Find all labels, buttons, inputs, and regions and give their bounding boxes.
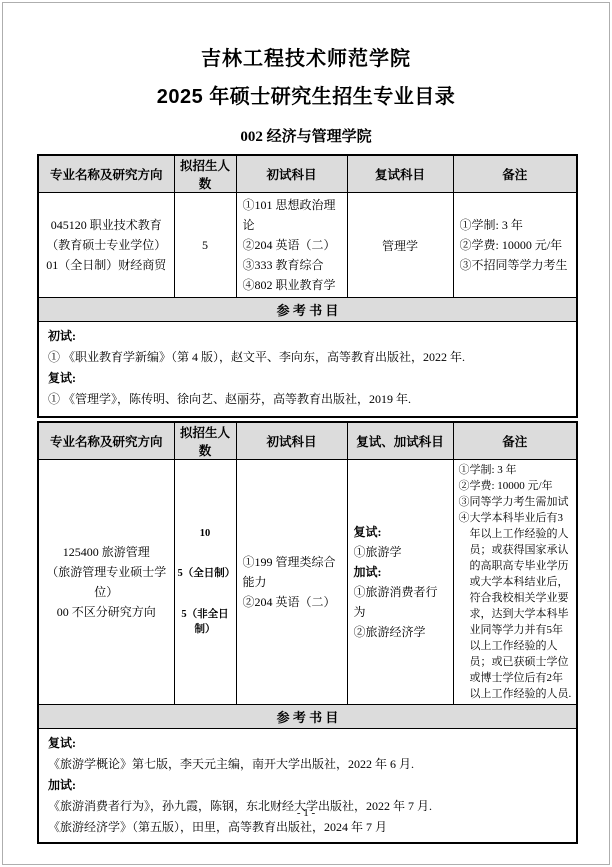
reference-label: 复试: — [48, 733, 567, 754]
retest-subject-line: ①旅游学 — [354, 542, 447, 562]
exam-subject-line: ③333 教育综合 — [243, 255, 341, 275]
additional-subject-line: ①旅游消费者行为 — [354, 582, 447, 622]
enrollment-cell: 5 — [174, 193, 236, 298]
exam-subject-line: ②204 英语（二） — [243, 592, 341, 612]
page-subtitle: 2025 年硕士研究生招生专业目录 — [0, 84, 612, 110]
col-header-enrollment: 拟招生人数 — [174, 155, 236, 193]
additional-subject-line: ②旅游经济学 — [354, 622, 447, 642]
exam-subject-line: ④802 职业教育学 — [243, 275, 341, 295]
exam-subject-line: ①101 思想政治理论 — [243, 195, 341, 235]
notes-cell: ①学制: 3 年 ②学费: 10000 元/年 ③不招同等学力考生 — [453, 193, 577, 298]
table2-reference-header: 参 考 书 目 — [38, 705, 577, 729]
notes-cell: ①学制: 3 年 ②学费: 10000 元/年 ③同等学力考生需加试 ④大学本科… — [453, 460, 577, 705]
table2-header-row: 专业名称及研究方向 拟招生人数 初试科目 复试、加试科目 备注 — [38, 422, 577, 460]
page-number: - 1 - — [0, 807, 612, 819]
col-header-initial-exams: 初试科目 — [236, 422, 347, 460]
reference-item: 《旅游学概论》第七版，李天元主编，南开大学出版社，2022 年 6 月. — [48, 754, 567, 775]
col-header-notes: 备注 — [453, 422, 577, 460]
reference-label: 加试: — [48, 775, 567, 796]
col-header-enrollment: 拟招生人数 — [174, 422, 236, 460]
exam-subject-line: ②204 英语（二） — [243, 235, 341, 255]
table1-reference-header: 参 考 书 目 — [38, 298, 577, 322]
page-title: 吉林工程技术师范学院 — [0, 46, 612, 72]
note-line: ③同等学力考生需加试 — [459, 494, 573, 510]
major-line: 125400 旅游管理 — [42, 542, 171, 562]
major-name-cell: 125400 旅游管理 （旅游管理专业硕士学位） 00 不区分研究方向 — [38, 460, 174, 705]
note-line: ①学制: 3 年 — [460, 215, 571, 235]
program-table-1: 专业名称及研究方向 拟招生人数 初试科目 复试科目 备注 045120 职业技术… — [37, 154, 578, 418]
reference-item: 《旅游经济学》（第五版），田里，高等教育出版社，2024 年 7 月 — [48, 817, 567, 838]
initial-exams-cell: ①199 管理类综合能力 ②204 英语（二） — [236, 460, 347, 705]
exam-subject-line: ①199 管理类综合能力 — [243, 552, 341, 592]
note-line: ③不招同等学力考生 — [460, 255, 571, 275]
reference-item: ① 《管理学》，陈传明、徐向艺、赵丽芬，高等教育出版社，2019 年. — [48, 389, 567, 410]
table1-reference-body: 初试: ① 《职业教育学新编》（第 4 版），赵文平、李向东，高等教育出版社，2… — [38, 322, 577, 418]
col-header-retest-additional: 复试、加试科目 — [347, 422, 453, 460]
table2-program-row: 125400 旅游管理 （旅游管理专业硕士学位） 00 不区分研究方向 10 5… — [38, 460, 577, 705]
col-header-retest: 复试科目 — [347, 155, 453, 193]
major-line: 00 不区分研究方向 — [42, 602, 171, 622]
col-header-major: 专业名称及研究方向 — [38, 155, 174, 193]
reference-label: 初试: — [48, 326, 567, 347]
additional-label: 加试: — [354, 562, 447, 582]
program-table-2: 专业名称及研究方向 拟招生人数 初试科目 复试、加试科目 备注 125400 旅… — [37, 421, 578, 844]
initial-exams-cell: ①101 思想政治理论 ②204 英语（二） ③333 教育综合 ④802 职业… — [236, 193, 347, 298]
reference-content-cell: 初试: ① 《职业教育学新编》（第 4 版），赵文平、李向东，高等教育出版社，2… — [38, 322, 577, 418]
note-long: ④大学本科毕业后有3年以上工作经验的人员；或获得国家承认的高职高专毕业学历或大学… — [459, 510, 573, 702]
reference-item: ① 《职业教育学新编》（第 4 版），赵文平、李向东，高等教育出版社，2022 … — [48, 347, 567, 368]
major-line: 01（全日制）财经商贸 — [42, 255, 171, 275]
col-header-initial-exams: 初试科目 — [236, 155, 347, 193]
retest-subject-cell: 管理学 — [347, 193, 453, 298]
retest-additional-cell: 复试: ①旅游学 加试: ①旅游消费者行为 ②旅游经济学 — [347, 460, 453, 705]
major-line: 045120 职业技术教育 — [42, 215, 171, 235]
reference-content-cell: 复试: 《旅游学概论》第七版，李天元主编，南开大学出版社，2022 年 6 月.… — [38, 729, 577, 844]
col-header-major: 专业名称及研究方向 — [38, 422, 174, 460]
major-line: （旅游管理专业硕士学位） — [42, 562, 171, 602]
table1-header-row: 专业名称及研究方向 拟招生人数 初试科目 复试科目 备注 — [38, 155, 577, 193]
reference-title: 参 考 书 目 — [38, 298, 577, 322]
col-header-notes: 备注 — [453, 155, 577, 193]
note-line: ①学制: 3 年 — [459, 462, 573, 478]
enrollment-cell: 10 5（全日制） 5（非全日制） — [174, 460, 236, 705]
enrollment-part-time: 5（非全日制） — [178, 606, 233, 636]
section-heading: 002 经济与管理学院 — [0, 128, 612, 146]
major-name-cell: 045120 职业技术教育 （教育硕士专业学位） 01（全日制）财经商贸 — [38, 193, 174, 298]
note-line: ②学费: 10000 元/年 — [460, 235, 571, 255]
table2-reference-body: 复试: 《旅游学概论》第七版，李天元主编，南开大学出版社，2022 年 6 月.… — [38, 729, 577, 844]
reference-label: 复试: — [48, 368, 567, 389]
enrollment-total: 10 — [178, 528, 233, 539]
enrollment-full-time: 5（全日制） — [178, 565, 233, 580]
major-line: （教育硕士专业学位） — [42, 235, 171, 255]
document-page: 吉林工程技术师范学院 2025 年硕士研究生招生专业目录 002 经济与管理学院… — [0, 0, 612, 867]
table1-program-row: 045120 职业技术教育 （教育硕士专业学位） 01（全日制）财经商贸 5 ①… — [38, 193, 577, 298]
note-line: ②学费: 10000 元/年 — [459, 478, 573, 494]
reference-title: 参 考 书 目 — [38, 705, 577, 729]
retest-label: 复试: — [354, 522, 447, 542]
